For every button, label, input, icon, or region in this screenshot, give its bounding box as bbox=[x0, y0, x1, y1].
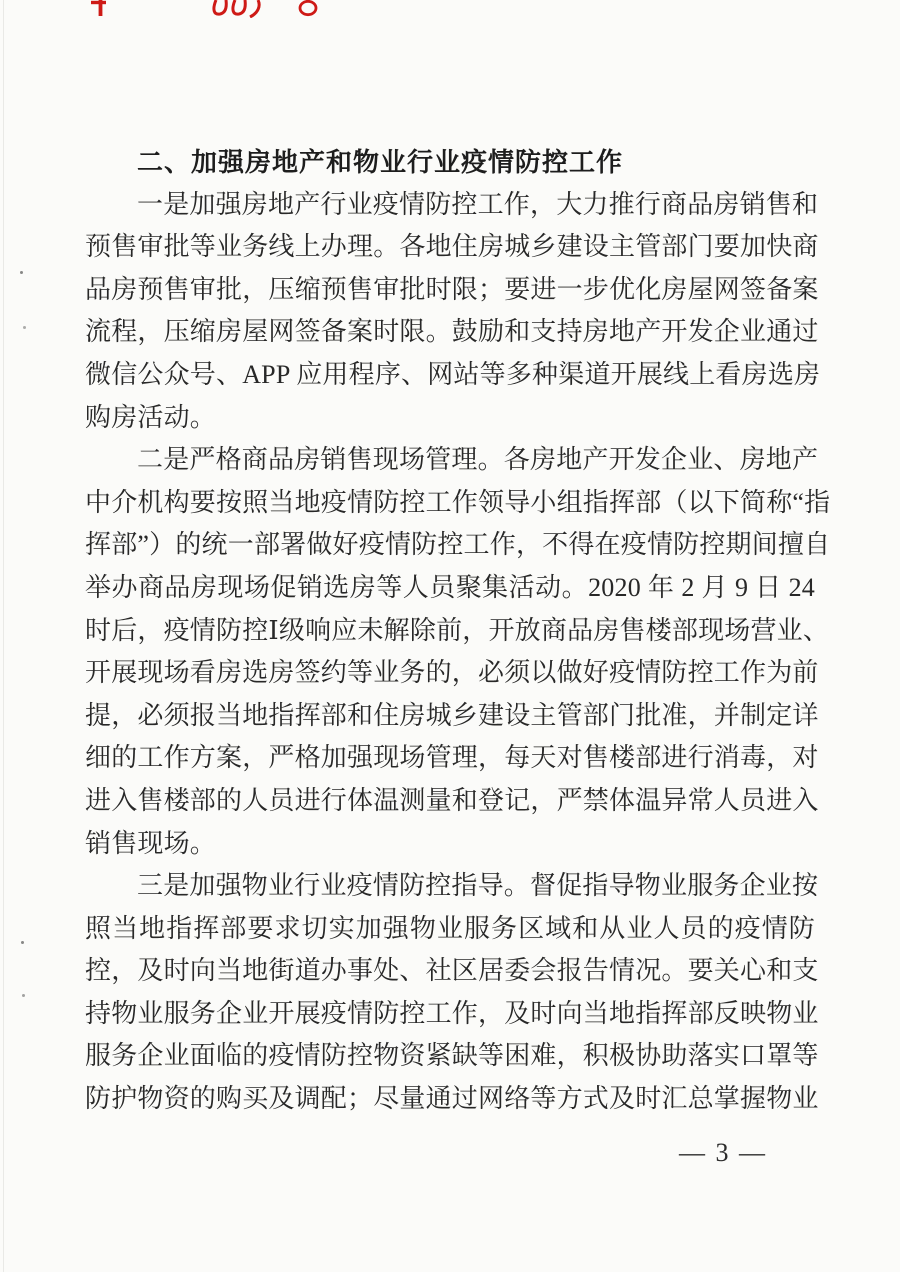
scanned-document-page: { "stamp": { "color": "#ce1a16" }, "docu… bbox=[0, 0, 900, 1272]
paragraph-2: 二是严格商品房销售现场管理。各房地产开发企业、房地产 中介机构要按照当地疫情防控… bbox=[85, 439, 815, 865]
text-line: 流程，压缩房屋网签备案时限。鼓励和支持房地产开发企业通过 bbox=[85, 311, 815, 354]
scan-speck bbox=[20, 271, 23, 274]
text-line: 服务企业面临的疫情防控物资紧缺等困难，积极协助落实口罩等 bbox=[85, 1035, 815, 1078]
page-number: — 3 — bbox=[679, 1138, 767, 1168]
paragraph-3: 三是加强物业行业疫情防控指导。督促指导物业服务企业按 照当地指挥部要求切实加强物… bbox=[85, 865, 815, 1121]
text-line: 销售现场。 bbox=[85, 823, 815, 866]
text-line: 防护物资的购买及调配；尽量通过网络等方式及时汇总掌握物业 bbox=[85, 1078, 815, 1121]
scan-speck bbox=[22, 994, 25, 997]
stamp-fragment-loop-icon bbox=[297, 0, 319, 17]
document-text-block: 二、加强房地产和物业行业疫情防控工作 一是加强房地产行业疫情防控工作，大力推行商… bbox=[85, 141, 815, 1121]
paragraph-1: 一是加强房地产行业疫情防控工作，大力推行商品房销售和 预售审批等业务线上办理。各… bbox=[85, 184, 815, 440]
text-line: 进入售楼部的人员进行体温测量和登记，严禁体温异常人员进入 bbox=[85, 780, 815, 823]
text-line: 细的工作方案，严格加强现场管理，每天对售楼部进行消毒，对 bbox=[85, 737, 815, 780]
red-stamp-fragments bbox=[0, 0, 900, 18]
text-line: 提，必须报当地指挥部和住房城乡建设主管部门批准，并制定详 bbox=[85, 695, 815, 738]
section-heading: 二、加强房地产和物业行业疫情防控工作 bbox=[85, 141, 815, 184]
text-line: 挥部”）的统一部署做好疫情防控工作，不得在疫情防控期间擅自 bbox=[85, 524, 815, 567]
text-line: 预售审批等业务线上办理。各地住房城乡建设主管部门要加快商 bbox=[85, 226, 815, 269]
text-line: 二是严格商品房销售现场管理。各房地产开发企业、房地产 bbox=[85, 439, 815, 482]
text-line: 购房活动。 bbox=[85, 397, 815, 440]
text-line: 控，及时向当地街道办事处、社区居委会报告情况。要关心和支 bbox=[85, 950, 815, 993]
stamp-fragment-curls-icon bbox=[210, 0, 266, 18]
text-line: 品房预售审批，压缩预售审批时限；要进一步优化房屋网签备案 bbox=[85, 269, 815, 312]
text-line: 持物业服务企业开展疫情防控工作，及时向当地指挥部反映物业 bbox=[85, 993, 815, 1036]
text-line: 开展现场看房选房签约等业务的，必须以做好疫情防控工作为前 bbox=[85, 652, 815, 695]
text-line: 时后，疫情防控Ⅰ级响应未解除前，开放商品房售楼部现场营业、 bbox=[85, 610, 815, 653]
text-line: 中介机构要按照当地疫情防控工作领导小组指挥部（以下简称“指 bbox=[85, 482, 815, 525]
text-line: 三是加强物业行业疫情防控指导。督促指导物业服务企业按 bbox=[85, 865, 815, 908]
text-line: 一是加强房地产行业疫情防控工作，大力推行商品房销售和 bbox=[85, 184, 815, 227]
scan-edge-line bbox=[3, 0, 4, 1272]
scan-speck bbox=[23, 326, 26, 329]
scan-speck bbox=[21, 941, 24, 944]
text-line: 照当地指挥部要求切实加强物业服务区域和从业人员的疫情防 bbox=[85, 908, 815, 951]
stamp-fragment-stroke-icon bbox=[90, 0, 114, 17]
text-line: 微信公众号、APP 应用程序、网站等多种渠道开展线上看房选房 bbox=[85, 354, 815, 397]
text-line: 举办商品房现场促销选房等人员聚集活动。2020 年 2 月 9 日 24 bbox=[85, 567, 815, 610]
